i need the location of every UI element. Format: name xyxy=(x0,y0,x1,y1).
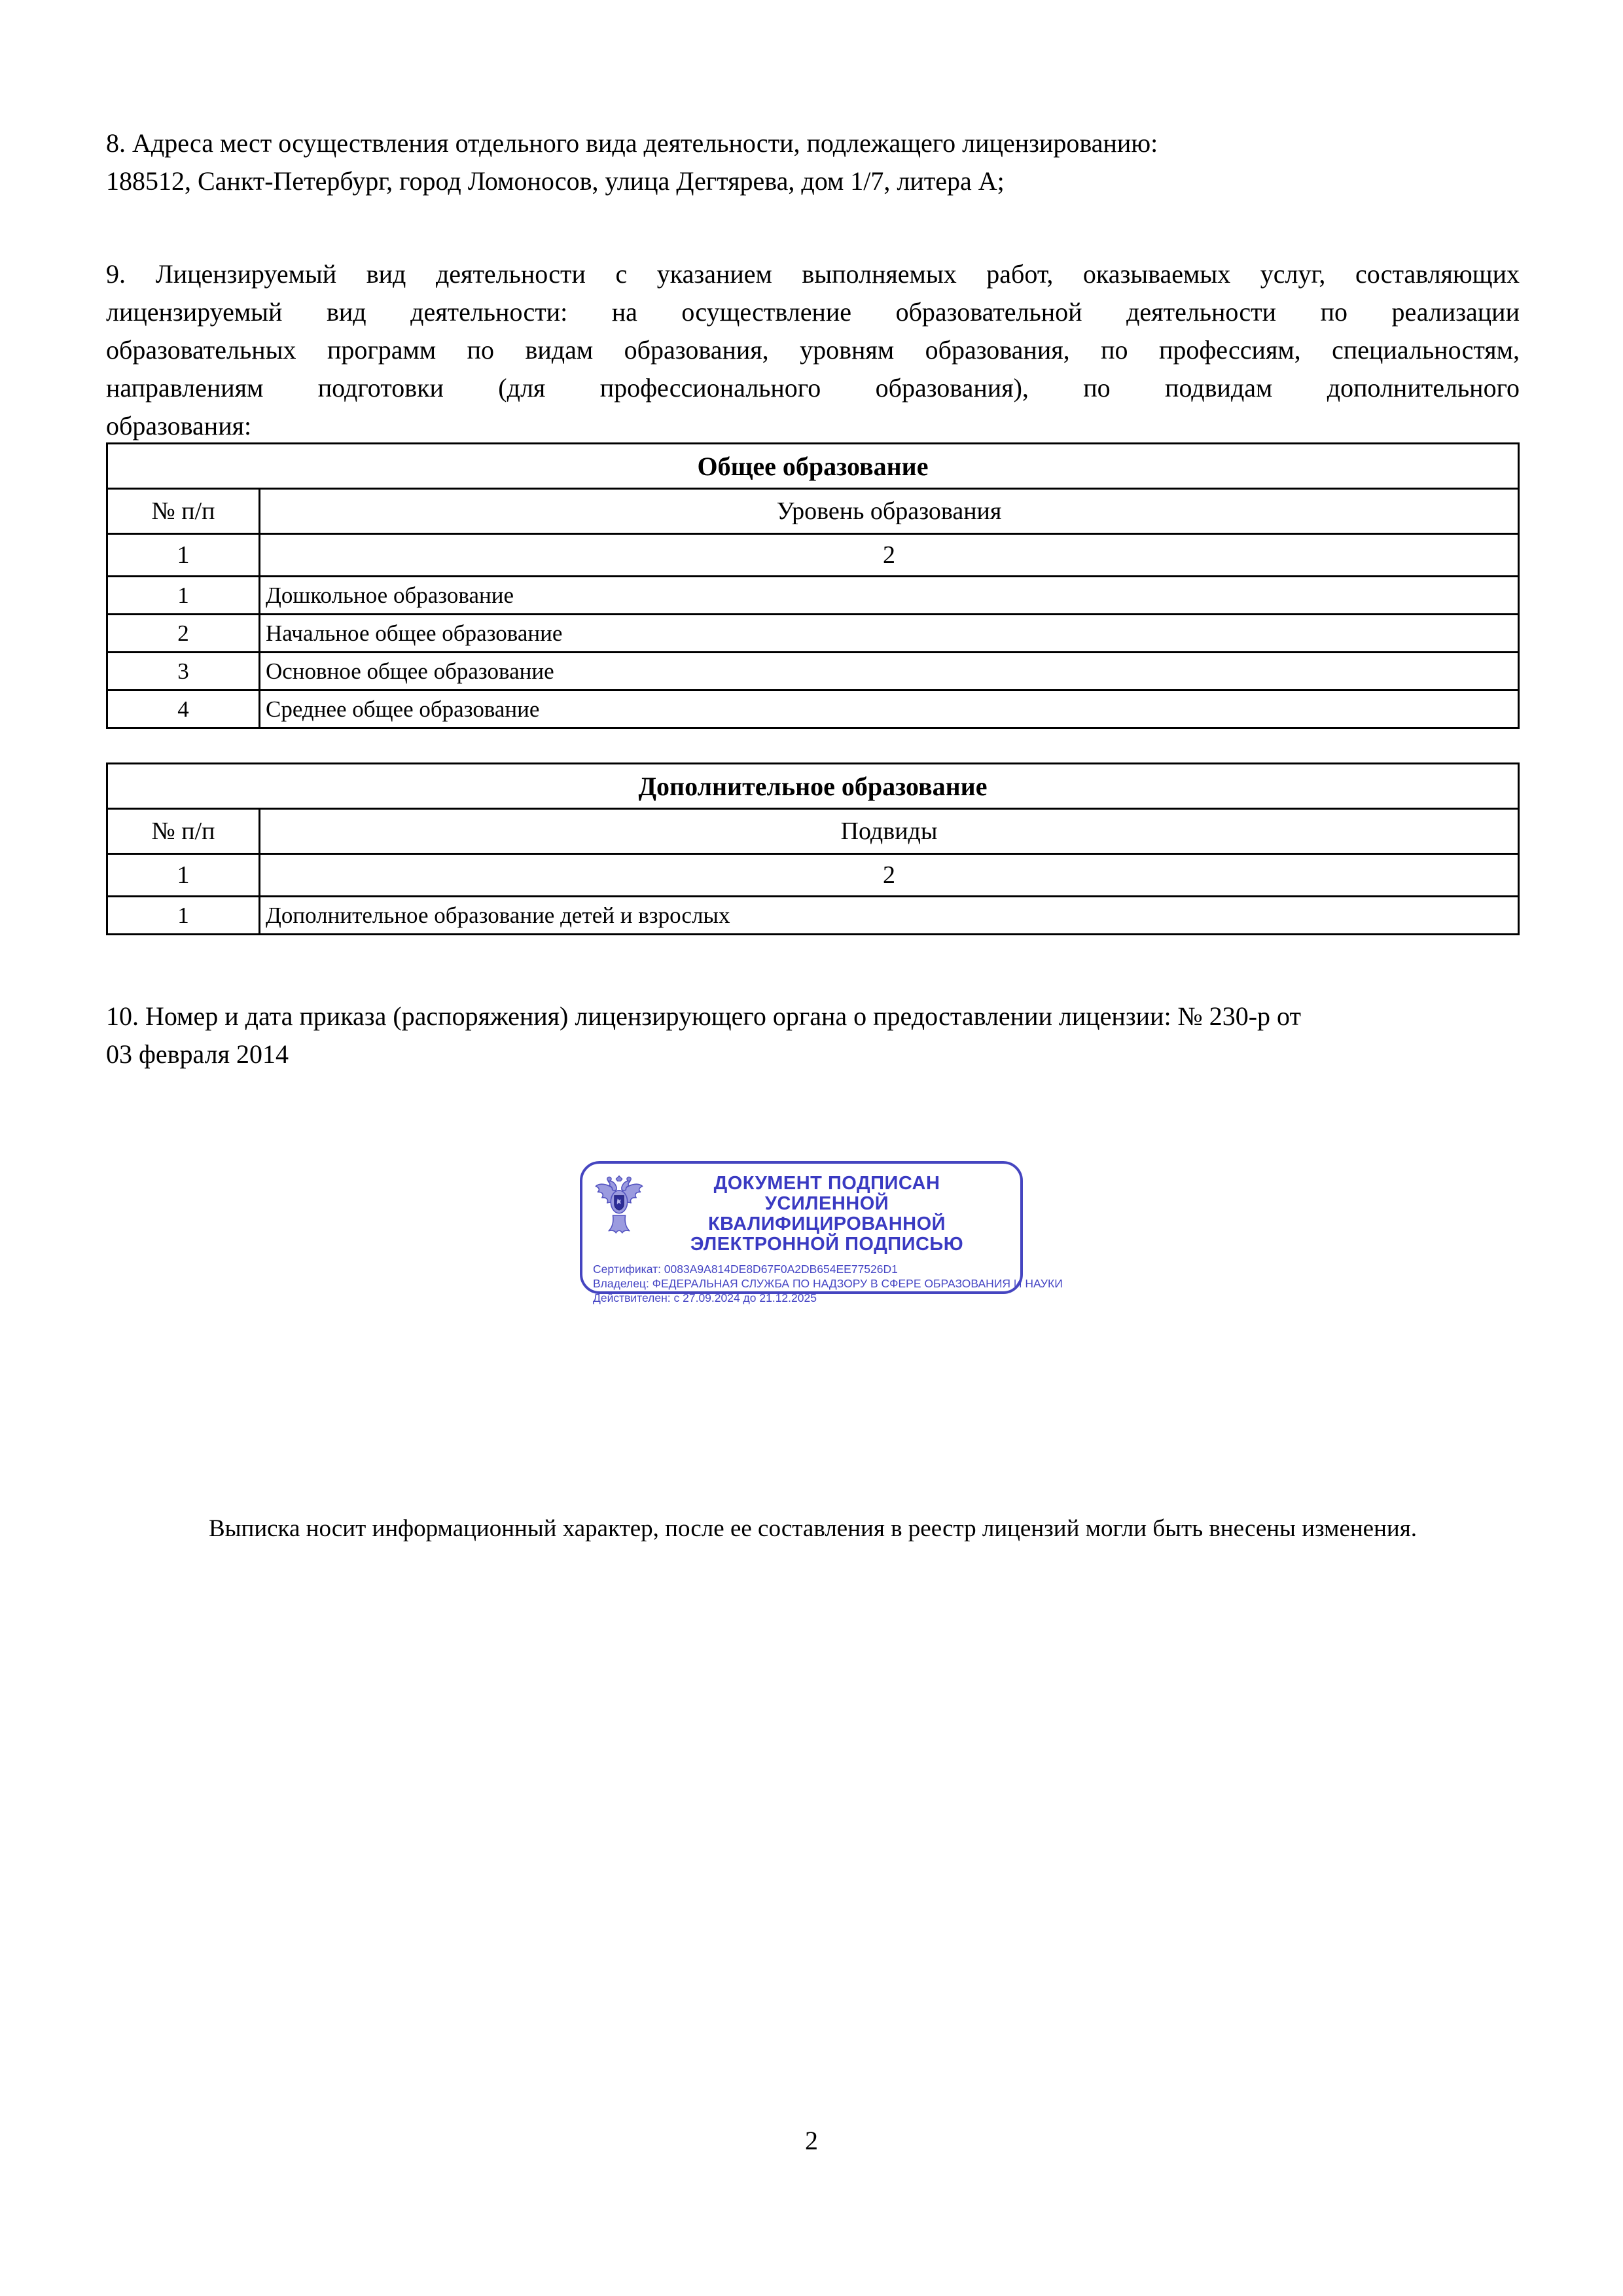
stamp-details: Сертификат: 0083A9A814DE8D67F0A2DB654EE7… xyxy=(582,1255,1020,1305)
paragraph-9-line-4: направлениям подготовки (для профессиона… xyxy=(106,369,1520,407)
table-row: 1 2 xyxy=(107,854,1519,897)
stamp-owner: Владелец: ФЕДЕРАЛЬНАЯ СЛУЖБА ПО НАДЗОРУ … xyxy=(593,1276,1008,1291)
row-number: 1 xyxy=(107,897,260,935)
table-row: 4 Среднее общее образование xyxy=(107,691,1519,728)
paragraph-10-line-1: 10. Номер и дата приказа (распоряжения) … xyxy=(106,997,1520,1035)
row-number: 2 xyxy=(107,615,260,653)
paragraph-8-line-1: 8. Адреса мест осуществления отдельного … xyxy=(106,124,1520,162)
digital-signature-stamp: ДОКУМЕНТ ПОДПИСАН УСИЛЕННОЙ КВАЛИФИЦИРОВ… xyxy=(580,1161,1023,1294)
column-number: 1 xyxy=(107,534,260,577)
paragraph-9-line-3: образовательных программ по видам образо… xyxy=(106,331,1520,369)
education-subtype: Дополнительное образование детей и взрос… xyxy=(260,897,1519,935)
table-title: Дополнительное образование xyxy=(107,764,1519,809)
double-headed-eagle-icon xyxy=(593,1175,645,1235)
paragraph-9-line-2: лицензируемый вид деятельности: на осуще… xyxy=(106,293,1520,331)
stamp-title-line-3: ЭЛЕКТРОННОЙ ПОДПИСЬЮ xyxy=(645,1234,1008,1255)
document-page: 8. Адреса мест осуществления отдельного … xyxy=(0,0,1623,2296)
paragraph-10-line-2: 03 февраля 2014 xyxy=(106,1035,1520,1073)
paragraph-8-line-2: 188512, Санкт-Петербург, город Ломоносов… xyxy=(106,162,1520,200)
column-header: № п/п xyxy=(107,809,260,854)
column-number: 2 xyxy=(260,854,1519,897)
column-header: Подвиды xyxy=(260,809,1519,854)
stamp-validity: Действителен: с 27.09.2024 до 21.12.2025 xyxy=(593,1291,1008,1305)
stamp-title-line-2: УСИЛЕННОЙ КВАЛИФИЦИРОВАННОЙ xyxy=(645,1194,1008,1234)
column-number: 2 xyxy=(260,534,1519,577)
table-row: 3 Основное общее образование xyxy=(107,653,1519,691)
education-level: Начальное общее образование xyxy=(260,615,1519,653)
column-header: Уровень образования xyxy=(260,489,1519,534)
table-general-education: Общее образование № п/п Уровень образова… xyxy=(106,442,1520,729)
row-number: 1 xyxy=(107,577,260,615)
table-row: 1 Дошкольное образование xyxy=(107,577,1519,615)
row-number: 3 xyxy=(107,653,260,691)
stamp-certificate: Сертификат: 0083A9A814DE8D67F0A2DB654EE7… xyxy=(593,1262,1008,1276)
table-row: 2 Начальное общее образование xyxy=(107,615,1519,653)
page-number: 2 xyxy=(0,2125,1623,2156)
table-row: Общее образование xyxy=(107,444,1519,489)
stamp-title: ДОКУМЕНТ ПОДПИСАН УСИЛЕННОЙ КВАЛИФИЦИРОВ… xyxy=(645,1172,1008,1255)
paragraph-8: 8. Адреса мест осуществления отдельного … xyxy=(106,124,1520,200)
table-row: № п/п Подвиды xyxy=(107,809,1519,854)
table-row: Дополнительное образование xyxy=(107,764,1519,809)
table-row: 1 2 xyxy=(107,534,1519,577)
paragraph-9: 9. Лицензируемый вид деятельности с указ… xyxy=(106,255,1520,445)
paragraph-9-line-5: образования: xyxy=(106,407,1520,445)
row-number: 4 xyxy=(107,691,260,728)
education-level: Дошкольное образование xyxy=(260,577,1519,615)
table-additional-education: Дополнительное образование № п/п Подвиды… xyxy=(106,762,1520,935)
table-title: Общее образование xyxy=(107,444,1519,489)
column-header: № п/п xyxy=(107,489,260,534)
stamp-header: ДОКУМЕНТ ПОДПИСАН УСИЛЕННОЙ КВАЛИФИЦИРОВ… xyxy=(582,1164,1020,1255)
table-row: 1 Дополнительное образование детей и взр… xyxy=(107,897,1519,935)
column-number: 1 xyxy=(107,854,260,897)
stamp-title-line-1: ДОКУМЕНТ ПОДПИСАН xyxy=(645,1174,1008,1194)
footer-note: Выписка носит информационный характер, п… xyxy=(106,1515,1520,1543)
paragraph-10: 10. Номер и дата приказа (распоряжения) … xyxy=(106,997,1520,1073)
education-level: Среднее общее образование xyxy=(260,691,1519,728)
paragraph-9-line-1: 9. Лицензируемый вид деятельности с указ… xyxy=(106,255,1520,293)
table-row: № п/п Уровень образования xyxy=(107,489,1519,534)
education-level: Основное общее образование xyxy=(260,653,1519,691)
